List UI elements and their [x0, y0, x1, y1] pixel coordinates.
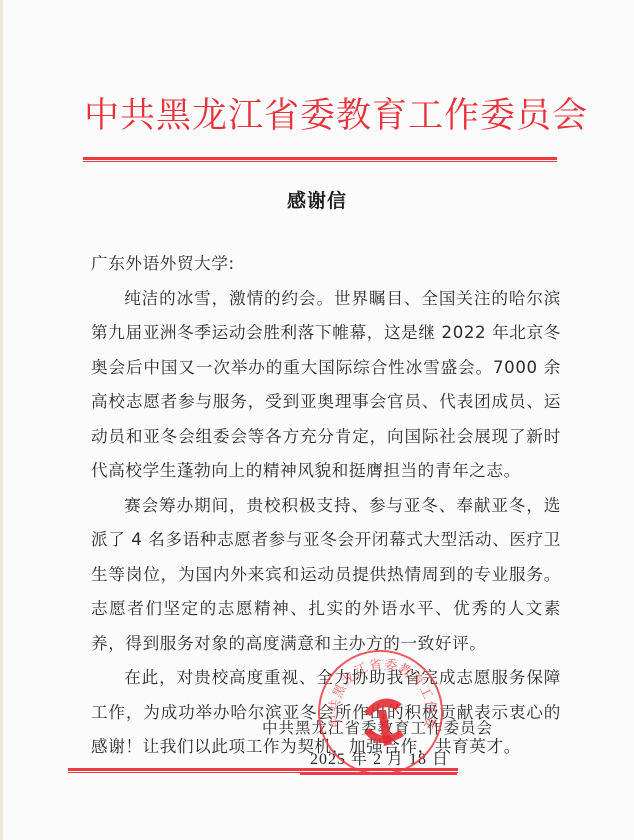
signature-date: 2025 年 2 月 18 日 [310, 746, 449, 769]
letterhead-divider [83, 157, 557, 162]
letter-page: 中共黑龙江省委教育工作委员会 感谢信 广东外语外贸大学: 纯洁的冰雪，激情的约会… [0, 0, 634, 840]
footer-divider-segment [300, 772, 457, 775]
paragraph-2: 赛会筹办期间，贵校积极支持、参与亚冬、奉献亚冬，选派了 4 名多语种志愿者参与亚… [91, 489, 561, 662]
signature-organization: 中共黑龙江省委教育工作委员会 [262, 716, 493, 738]
letter-body: 广东外语外贸大学: 纯洁的冰雪，激情的约会。世界瞩目、全国关注的哈尔滨第九届亚洲… [91, 247, 561, 765]
paragraph-1: 纯洁的冰雪，激情的约会。世界瞩目、全国关注的哈尔滨第九届亚洲冬季运动会胜利落下帷… [91, 282, 561, 489]
letterhead-organization: 中共黑龙江省委教育工作委员会 [84, 96, 554, 136]
document-title: 感谢信 [0, 186, 634, 213]
salutation: 广东外语外贸大学: [91, 247, 561, 282]
